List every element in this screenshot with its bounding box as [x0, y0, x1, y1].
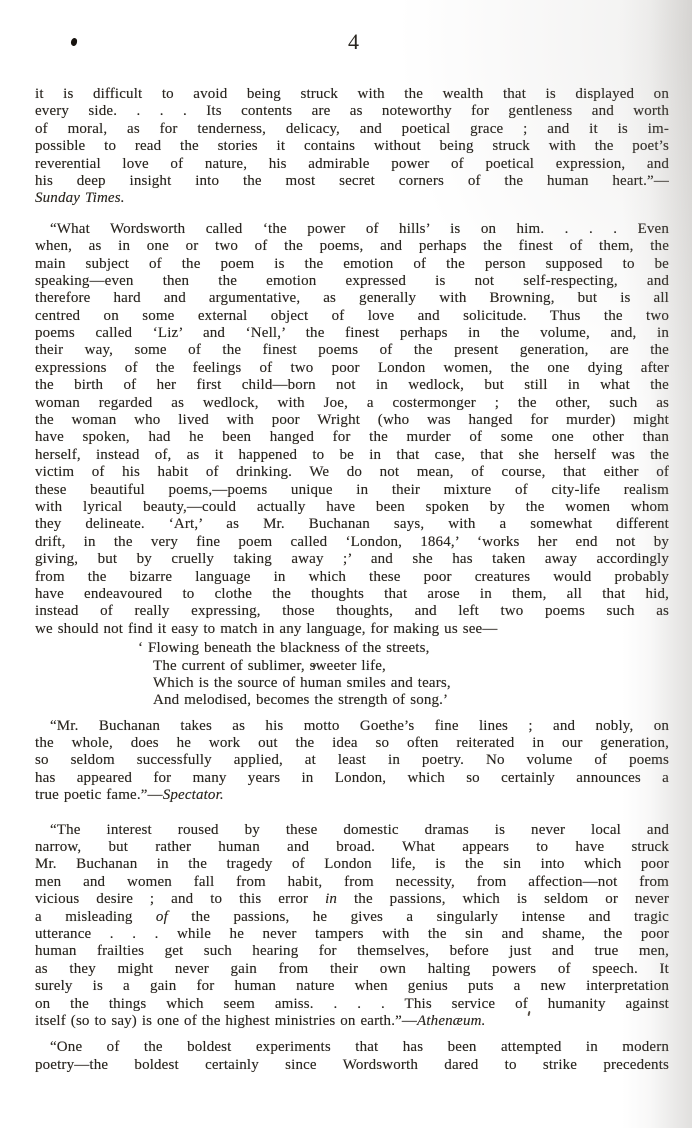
text-line: on the things which seem amiss. . . . Th… — [35, 996, 669, 1013]
text-segment: giving, but by cruelly taking away ;’ an… — [35, 551, 669, 567]
text-line: a misleading of the passions, he gives a… — [35, 909, 669, 926]
text-line: true poetic fame.”—Spectator. — [35, 787, 669, 804]
text-segment: have spoken, had he been hanged for the … — [35, 429, 669, 445]
text-segment: men and women fall from habit, from nece… — [35, 874, 669, 890]
text-segment: victim of his habit of drinking. We do n… — [35, 464, 669, 480]
text-segment: the birth of her first child—born not in… — [35, 377, 669, 393]
text-segment: vicious desire ; and to this error — [35, 891, 325, 907]
text-segment: drift, in the very fine poem called ‘Lon… — [35, 534, 669, 550]
text-segment: ‘ Flowing beneath the blackness of the s… — [138, 640, 429, 656]
italic-source-name: Spectator. — [163, 787, 224, 803]
text-segment: his deep insight into the most secret co… — [35, 173, 669, 189]
text-segment: “One of the boldest experiments that has… — [50, 1039, 669, 1055]
text-line: their way, some of the finest poems of t… — [35, 342, 669, 359]
text-line: men and women fall from habit, from nece… — [35, 874, 669, 891]
text-segment: expressions of the feelings of two poor … — [35, 360, 669, 376]
italic-source-name: of — [156, 909, 168, 925]
text-segment: therefore hard and argumentative, as gen… — [35, 290, 669, 306]
text-segment: woman regarded as wedlock, with Joe, a c… — [35, 395, 669, 411]
text-line: the whole, does he work out the idea so … — [35, 735, 669, 752]
text-line: so seldom successfully applied, at least… — [35, 752, 669, 769]
text-segment: on the things which seem amiss. . . . Th… — [35, 996, 669, 1012]
text-line: itself (so to say) is one of the highest… — [35, 1013, 669, 1030]
text-line: instead of really expressing, those thou… — [35, 603, 669, 620]
text-line: Mr. Buchanan in the tragedy of London li… — [35, 856, 669, 873]
text-segment: reverential love of nature, his admirabl… — [35, 156, 669, 172]
text-line: have spoken, had he been hanged for the … — [35, 429, 669, 446]
text-segment: true poetic fame.”— — [35, 787, 163, 803]
text-line: herself, instead of, as it happened to b… — [35, 447, 669, 464]
text-segment: instead of really expressing, those thou… — [35, 603, 669, 619]
italic-source-name: Athenæum. — [417, 1013, 485, 1029]
text-line: from the bizarre language in which these… — [35, 569, 669, 586]
text-segment: utterance . . . while he never tampers w… — [35, 926, 669, 942]
text-line: “One of the boldest experiments that has… — [35, 1039, 669, 1056]
text-segment: the whole, does he work out the idea so … — [35, 735, 669, 751]
text-line: ‘ Flowing beneath the blackness of the s… — [138, 640, 669, 657]
text-line: centred on some external object of love … — [35, 308, 669, 325]
italic-source-name: in — [325, 891, 337, 907]
text-segment: they delineate. ‘Art,’ as Mr. Buchanan s… — [35, 516, 669, 532]
text-line: poetry—the boldest certainly since Words… — [35, 1057, 669, 1074]
text-segment: has appeared for many years in London, w… — [35, 770, 669, 786]
text-segment: we should not find it easy to match in a… — [35, 621, 497, 637]
text-line: have endeavoured to clothe the thoughts … — [35, 586, 669, 603]
text-line: The current of sublimer, sweeter life, — [138, 658, 669, 675]
review-spectator-end: “Mr. Buchanan takes as his motto Goethe’… — [35, 718, 669, 805]
text-line: “The interest roused by these domestic d… — [35, 822, 669, 839]
text-line: woman regarded as wedlock, with Joe, a c… — [35, 395, 669, 412]
text-line: they delineate. ‘Art,’ as Mr. Buchanan s… — [35, 516, 669, 533]
text-column: it is difficult to avoid being struck wi… — [35, 86, 669, 1082]
text-line: with lyrical beauty,—could actually have… — [35, 499, 669, 516]
review-spectator-body: “What Wordsworth called ‘the power of hi… — [35, 221, 669, 638]
text-segment: Which is the source of human smiles and … — [153, 675, 451, 691]
text-line: every side. . . . Its contents are as no… — [35, 103, 669, 120]
scanned-book-page: { "page": { "number": "4" }, "colors": {… — [0, 0, 692, 1128]
text-segment: narrow, but rather human and broad. What… — [35, 839, 669, 855]
text-segment: surely is a gain for human nature when g… — [35, 978, 669, 994]
text-line: poems called ‘Liz’ and ‘Nell,’ the fines… — [35, 325, 669, 342]
text-line: has appeared for many years in London, w… — [35, 770, 669, 787]
text-segment: poetry—the boldest certainly since Words… — [35, 1057, 669, 1073]
text-segment: with lyrical beauty,—could actually have… — [35, 499, 669, 515]
text-line: main subject of the poem is the emotion … — [35, 256, 669, 273]
text-segment: their way, some of the finest poems of t… — [35, 342, 669, 358]
text-segment: so seldom successfully applied, at least… — [35, 752, 669, 768]
text-segment: possible to read the stories it contains… — [35, 138, 669, 154]
text-segment: The current of sublimer, sweeter life, — [153, 658, 386, 674]
ink-blot-artifact — [70, 37, 78, 46]
text-segment: “Mr. Buchanan takes as his motto Goethe’… — [50, 718, 669, 734]
text-line: And melodised, becomes the strength of s… — [138, 692, 669, 709]
text-line: utterance . . . while he never tampers w… — [35, 926, 669, 943]
text-segment: a misleading — [35, 909, 156, 925]
text-line: human frailties get such hearing for the… — [35, 943, 669, 960]
review-modern-poetry: “One of the boldest experiments that has… — [35, 1039, 669, 1074]
text-segment: main subject of the poem is the emotion … — [35, 256, 669, 272]
text-segment: herself, instead of, as it happened to b… — [35, 447, 669, 463]
text-line: victim of his habit of drinking. We do n… — [35, 464, 669, 481]
text-segment: centred on some external object of love … — [35, 308, 669, 324]
text-line: giving, but by cruelly taking away ;’ an… — [35, 551, 669, 568]
text-segment: of moral, as for tenderness, delicacy, a… — [35, 121, 669, 137]
text-segment: the woman who lived with poor Wright (wh… — [35, 412, 669, 428]
text-line: surely is a gain for human nature when g… — [35, 978, 669, 995]
text-segment: from the bizarre language in which these… — [35, 569, 669, 585]
text-line: the woman who lived with poor Wright (wh… — [35, 412, 669, 429]
page-number: 4 — [348, 30, 360, 54]
text-line: the birth of her first child—born not in… — [35, 377, 669, 394]
text-segment: human frailties get such hearing for the… — [35, 943, 669, 959]
text-line: speaking—even then the emotion expressed… — [35, 273, 669, 290]
text-line: Which is the source of human smiles and … — [138, 675, 669, 692]
text-line: his deep insight into the most secret co… — [35, 173, 669, 190]
text-segment: have endeavoured to clothe the thoughts … — [35, 586, 669, 602]
text-segment: as they might never gain from their own … — [35, 961, 669, 977]
text-segment: the passions, which is seldom or never — [337, 891, 669, 907]
review-sunday-times: it is difficult to avoid being struck wi… — [35, 86, 669, 208]
text-line: as they might never gain from their own … — [35, 961, 669, 978]
text-segment: And melodised, becomes the strength of s… — [153, 692, 448, 708]
text-line: reverential love of nature, his admirabl… — [35, 156, 669, 173]
text-line: “Mr. Buchanan takes as his motto Goethe’… — [35, 718, 669, 735]
text-line: we should not find it easy to match in a… — [35, 621, 669, 638]
text-segment: these beautiful poems,—poems unique in t… — [35, 482, 669, 498]
text-line: vicious desire ; and to this error in th… — [35, 891, 669, 908]
scan-speck — [313, 664, 316, 667]
text-line: narrow, but rather human and broad. What… — [35, 839, 669, 856]
text-segment: when, as in one or two of the poems, and… — [35, 238, 669, 254]
text-segment: the passions, he gives a singularly inte… — [168, 909, 669, 925]
text-line: possible to read the stories it contains… — [35, 138, 669, 155]
text-line: Sunday Times. — [35, 190, 669, 207]
text-line: therefore hard and argumentative, as gen… — [35, 290, 669, 307]
text-line: when, as in one or two of the poems, and… — [35, 238, 669, 255]
text-line: it is difficult to avoid being struck wi… — [35, 86, 669, 103]
review-athenaeum: “The interest roused by these domestic d… — [35, 822, 669, 1031]
text-segment: speaking—even then the emotion expressed… — [35, 273, 669, 289]
text-segment: it is difficult to avoid being struck wi… — [35, 86, 669, 102]
text-line: these beautiful poems,—poems unique in t… — [35, 482, 669, 499]
text-segment: “The interest roused by these domestic d… — [50, 822, 669, 838]
text-segment: poems called ‘Liz’ and ‘Nell,’ the fines… — [35, 325, 669, 341]
text-segment: itself (so to say) is one of the highest… — [35, 1013, 417, 1029]
text-segment: “What Wordsworth called ‘the power of hi… — [50, 221, 669, 237]
text-segment: every side. . . . Its contents are as no… — [35, 103, 669, 119]
text-line: of moral, as for tenderness, delicacy, a… — [35, 121, 669, 138]
text-line: “What Wordsworth called ‘the power of hi… — [35, 221, 669, 238]
italic-source-name: Sunday Times. — [35, 190, 125, 206]
verse-quote: ‘ Flowing beneath the blackness of the s… — [35, 640, 669, 710]
text-line: drift, in the very fine poem called ‘Lon… — [35, 534, 669, 551]
text-line: expressions of the feelings of two poor … — [35, 360, 669, 377]
text-segment: Mr. Buchanan in the tragedy of London li… — [35, 856, 669, 872]
